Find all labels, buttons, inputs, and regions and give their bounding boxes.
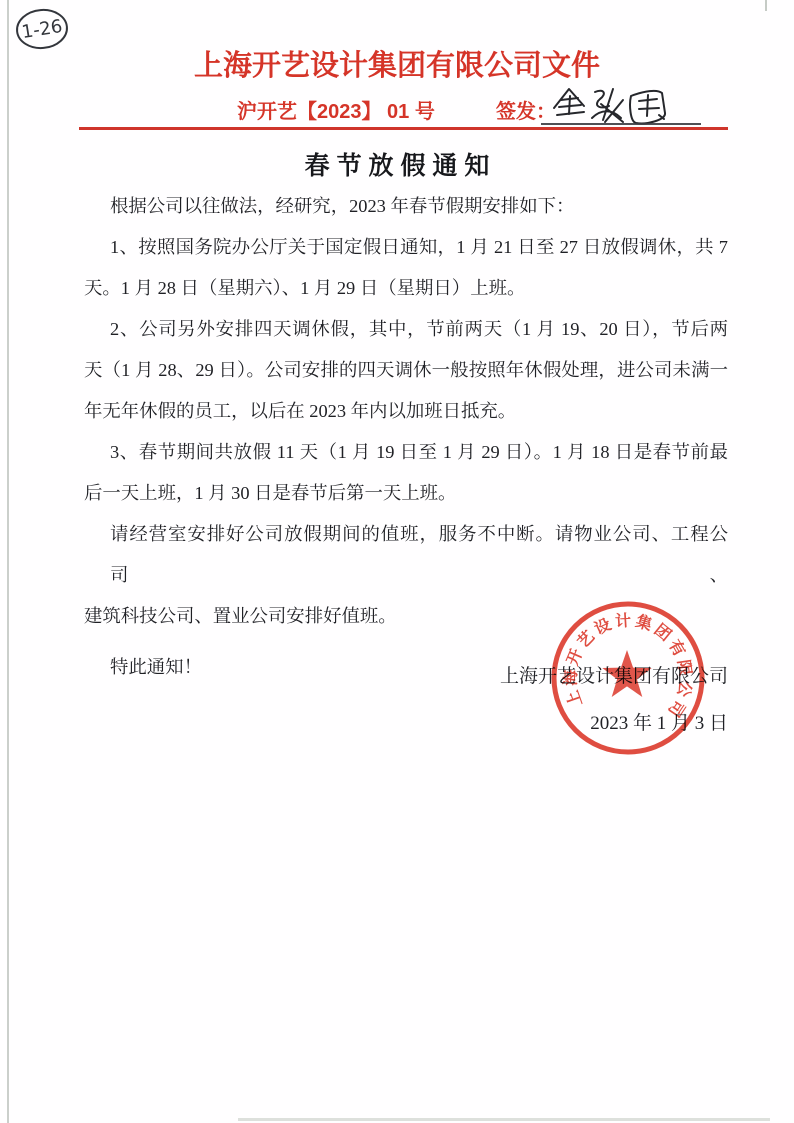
star-icon bbox=[602, 650, 651, 697]
body-line: 1、按照国务院办公厅关于国定假日通知，1 月 21 日至 27 日放假调休，共 … bbox=[84, 227, 728, 268]
body-line: 请经营室安排好公司放假期间的值班，服务不中断。请物业公司、工程公司、 bbox=[84, 514, 728, 596]
notice-body-lines: 根据公司以往做法，经研究，2023 年春节假期安排如下：1、按照国务院办公厅关于… bbox=[84, 186, 728, 637]
company-seal: 上海开艺设计集团有限公司 bbox=[543, 593, 713, 763]
letterhead-rule bbox=[79, 127, 728, 130]
body-line: 根据公司以往做法，经研究，2023 年春节假期安排如下： bbox=[84, 186, 728, 227]
body-line: 年无年休假的员工，以后在 2023 年内以加班日抵充。 bbox=[84, 391, 728, 432]
body-line: 天（1 月 28、29 日）。公司安排的四天调休一般按照年休假处理，进公司未满一 bbox=[84, 350, 728, 391]
body-line: 后一天上班，1 月 30 日是春节后第一天上班。 bbox=[84, 473, 728, 514]
body-line: 2、公司另外安排四天调休假，其中，节前两天（1 月 19、20 日），节后两 bbox=[84, 309, 728, 350]
scan-edge-artifact-top-right bbox=[765, 0, 767, 11]
body-line: 3、春节期间共放假 11 天（1 月 19 日至 1 月 29 日）。1 月 1… bbox=[84, 432, 728, 473]
document-page: 1-26 上海开艺设计集团有限公司文件 沪开艺【2023】 01 号 签发： 春… bbox=[0, 0, 794, 1123]
doc-number: 沪开艺【2023】 01 号 bbox=[237, 100, 435, 124]
page-mark-label: 1-26 bbox=[20, 16, 64, 43]
issuer-label: 签发： bbox=[496, 100, 556, 124]
scan-edge-artifact-bottom bbox=[238, 1118, 770, 1121]
body-line: 天。1 月 28 日（星期六）、1 月 29 日（星期日）上班。 bbox=[84, 268, 728, 309]
signature-underline bbox=[541, 123, 701, 125]
org-title: 上海开艺设计集团有限公司文件 bbox=[0, 46, 794, 86]
handwritten-signature bbox=[551, 86, 667, 126]
notice-title: 春 节 放 假 通 知 bbox=[0, 148, 794, 184]
